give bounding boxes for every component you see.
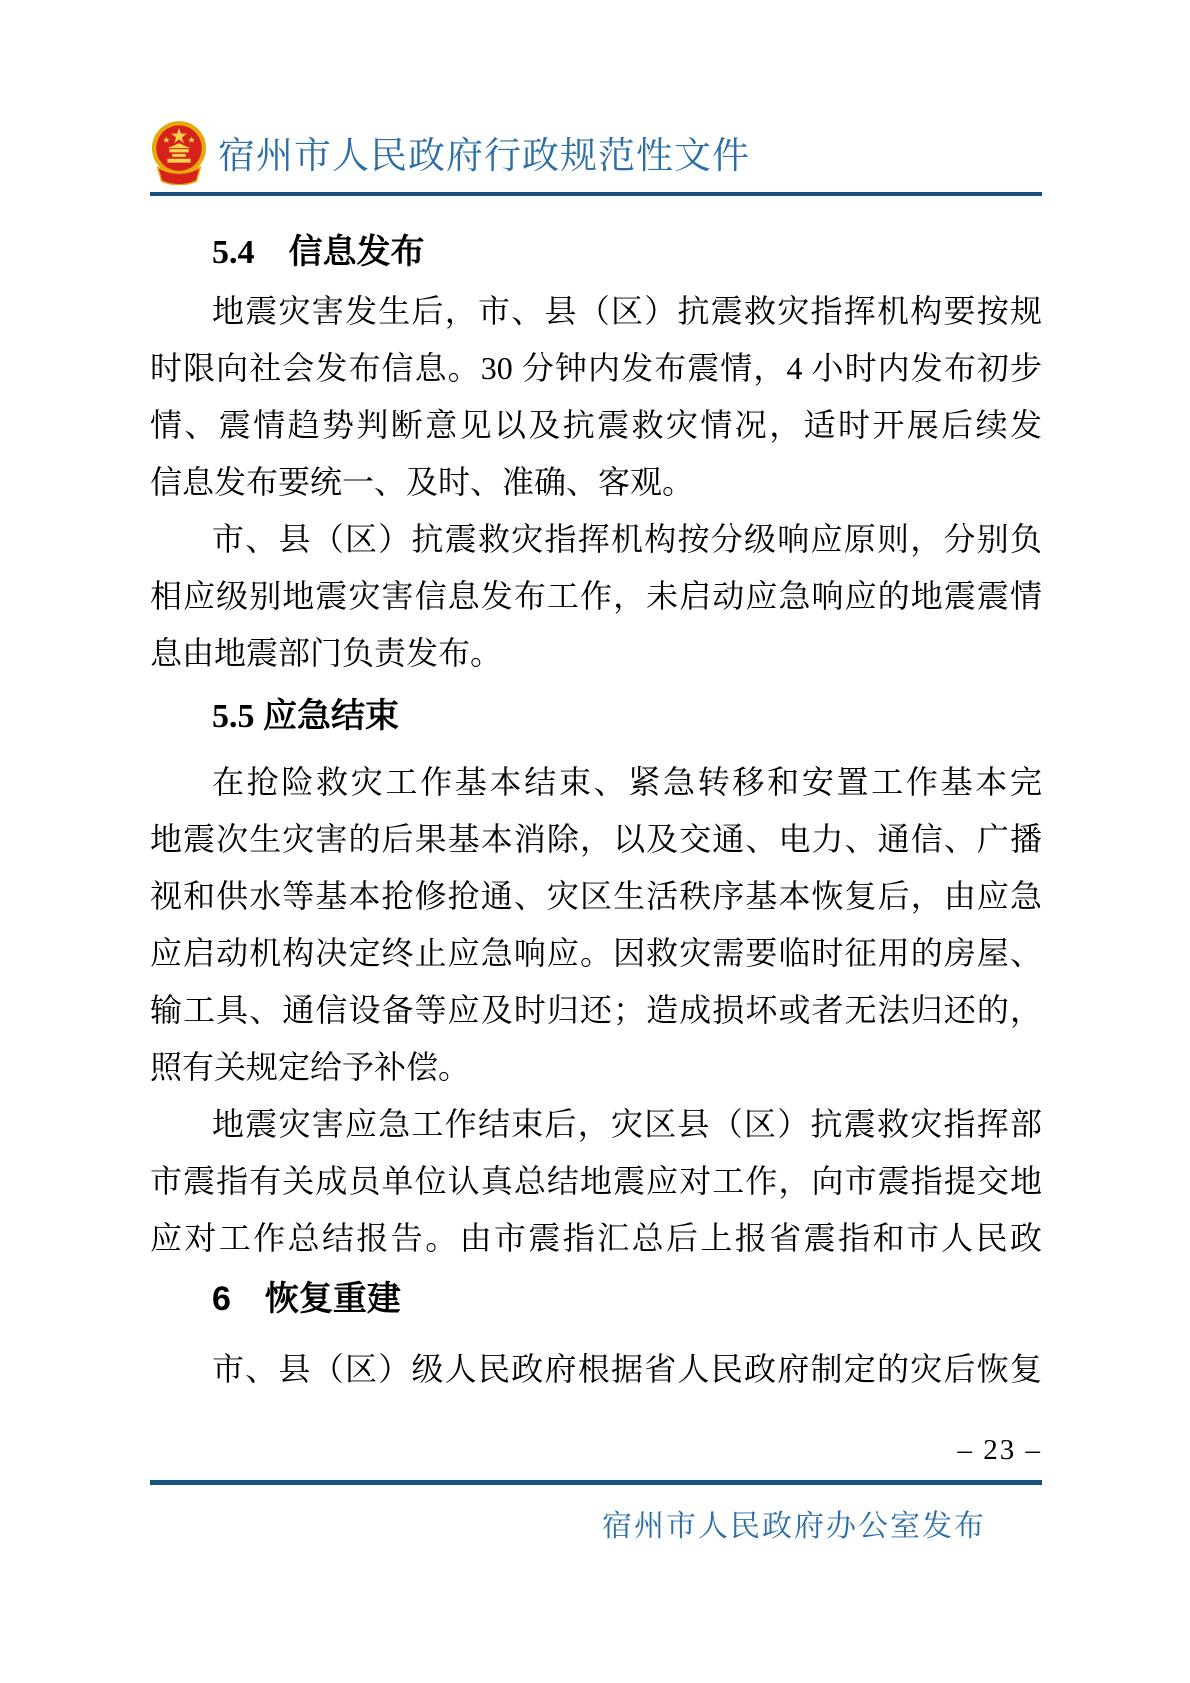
body-line: 输工具、通信设备等应及时归还；造成损坏或者无法归还的，按 [150,982,1042,1039]
paragraph: 市、县（区）抗震救灾指挥机构按分级响应原则，分别负责 相应级别地震灾害信息发布工… [150,511,1042,682]
paragraph: 地震灾害应急工作结束后，灾区县（区）抗震救灾指挥部和 市震指有关成员单位认真总结… [150,1096,1042,1267]
document-header: 宿州市人民政府行政规范性文件 [150,118,1042,186]
paragraph: 市、县（区）级人民政府根据省人民政府制定的灾后恢复重 [150,1341,1042,1398]
body-line: 相应级别地震灾害信息发布工作，未启动应急响应的地震震情信 [150,568,1042,625]
document-page: 宿州市人民政府行政规范性文件 5.4 信息发布 地震灾害发生后，市、县（区）抗震… [0,0,1190,1683]
section-heading-5-5: 5.5 应急结束 [150,694,1042,740]
page-title: 宿州市人民政府行政规范性文件 [218,125,750,179]
body-line: 市、县（区）级人民政府根据省人民政府制定的灾后恢复重 [150,1341,1042,1398]
footer-publisher: 宿州市人民政府办公室发布 [150,1509,1042,1545]
section-heading-6: 6 恢复重建 [150,1275,1042,1323]
body-line: 应启动机构决定终止应急响应。因救灾需要临时征用的房屋、运 [150,925,1042,982]
body-line: 照有关规定给予补偿。 [150,1039,1042,1096]
body-line: 信息发布要统一、及时、准确、客观。 [150,454,1042,511]
body-line: 视和供水等基本抢修抢通、灾区生活秩序基本恢复后，由应急响 [150,868,1042,925]
page-number: – 23 – [150,1434,1042,1466]
body-line: 情、震情趋势判断意见以及抗震救灾情况，适时开展后续发布。 [150,397,1042,454]
paragraph: 地震灾害发生后，市、县（区）抗震救灾指挥机构要按规定 时限向社会发布信息。30 … [150,283,1042,511]
body-line: 地震灾害应急工作结束后，灾区县（区）抗震救灾指挥部和 [150,1096,1042,1153]
body-line: 息由地震部门负责发布。 [150,625,1042,682]
body-line: 地震次生灾害的后果基本消除，以及交通、电力、通信、广播电 [150,811,1042,868]
footer-divider [150,1480,1042,1485]
header-divider [150,192,1042,196]
body-line: 市震指有关成员单位认真总结地震应对工作，向市震指提交地震 [150,1153,1042,1210]
body-line: 市、县（区）抗震救灾指挥机构按分级响应原则，分别负责 [150,511,1042,568]
section-heading-5-4: 5.4 信息发布 [150,230,1042,276]
national-emblem-icon [150,119,208,185]
body-line: 地震灾害发生后，市、县（区）抗震救灾指挥机构要按规定 [150,283,1042,340]
document-body: 5.4 信息发布 地震灾害发生后，市、县（区）抗震救灾指挥机构要按规定 时限向社… [150,230,1042,1398]
body-line: 应对工作总结报告。由市震指汇总后上报省震指和市人民政府。 [150,1210,1042,1267]
paragraph: 在抢险救灾工作基本结束、紧急转移和安置工作基本完成、 地震次生灾害的后果基本消除… [150,754,1042,1096]
body-line: 时限向社会发布信息。30 分钟内发布震情，4 小时内发布初步灾 [150,340,1042,397]
body-line: 在抢险救灾工作基本结束、紧急转移和安置工作基本完成、 [150,754,1042,811]
